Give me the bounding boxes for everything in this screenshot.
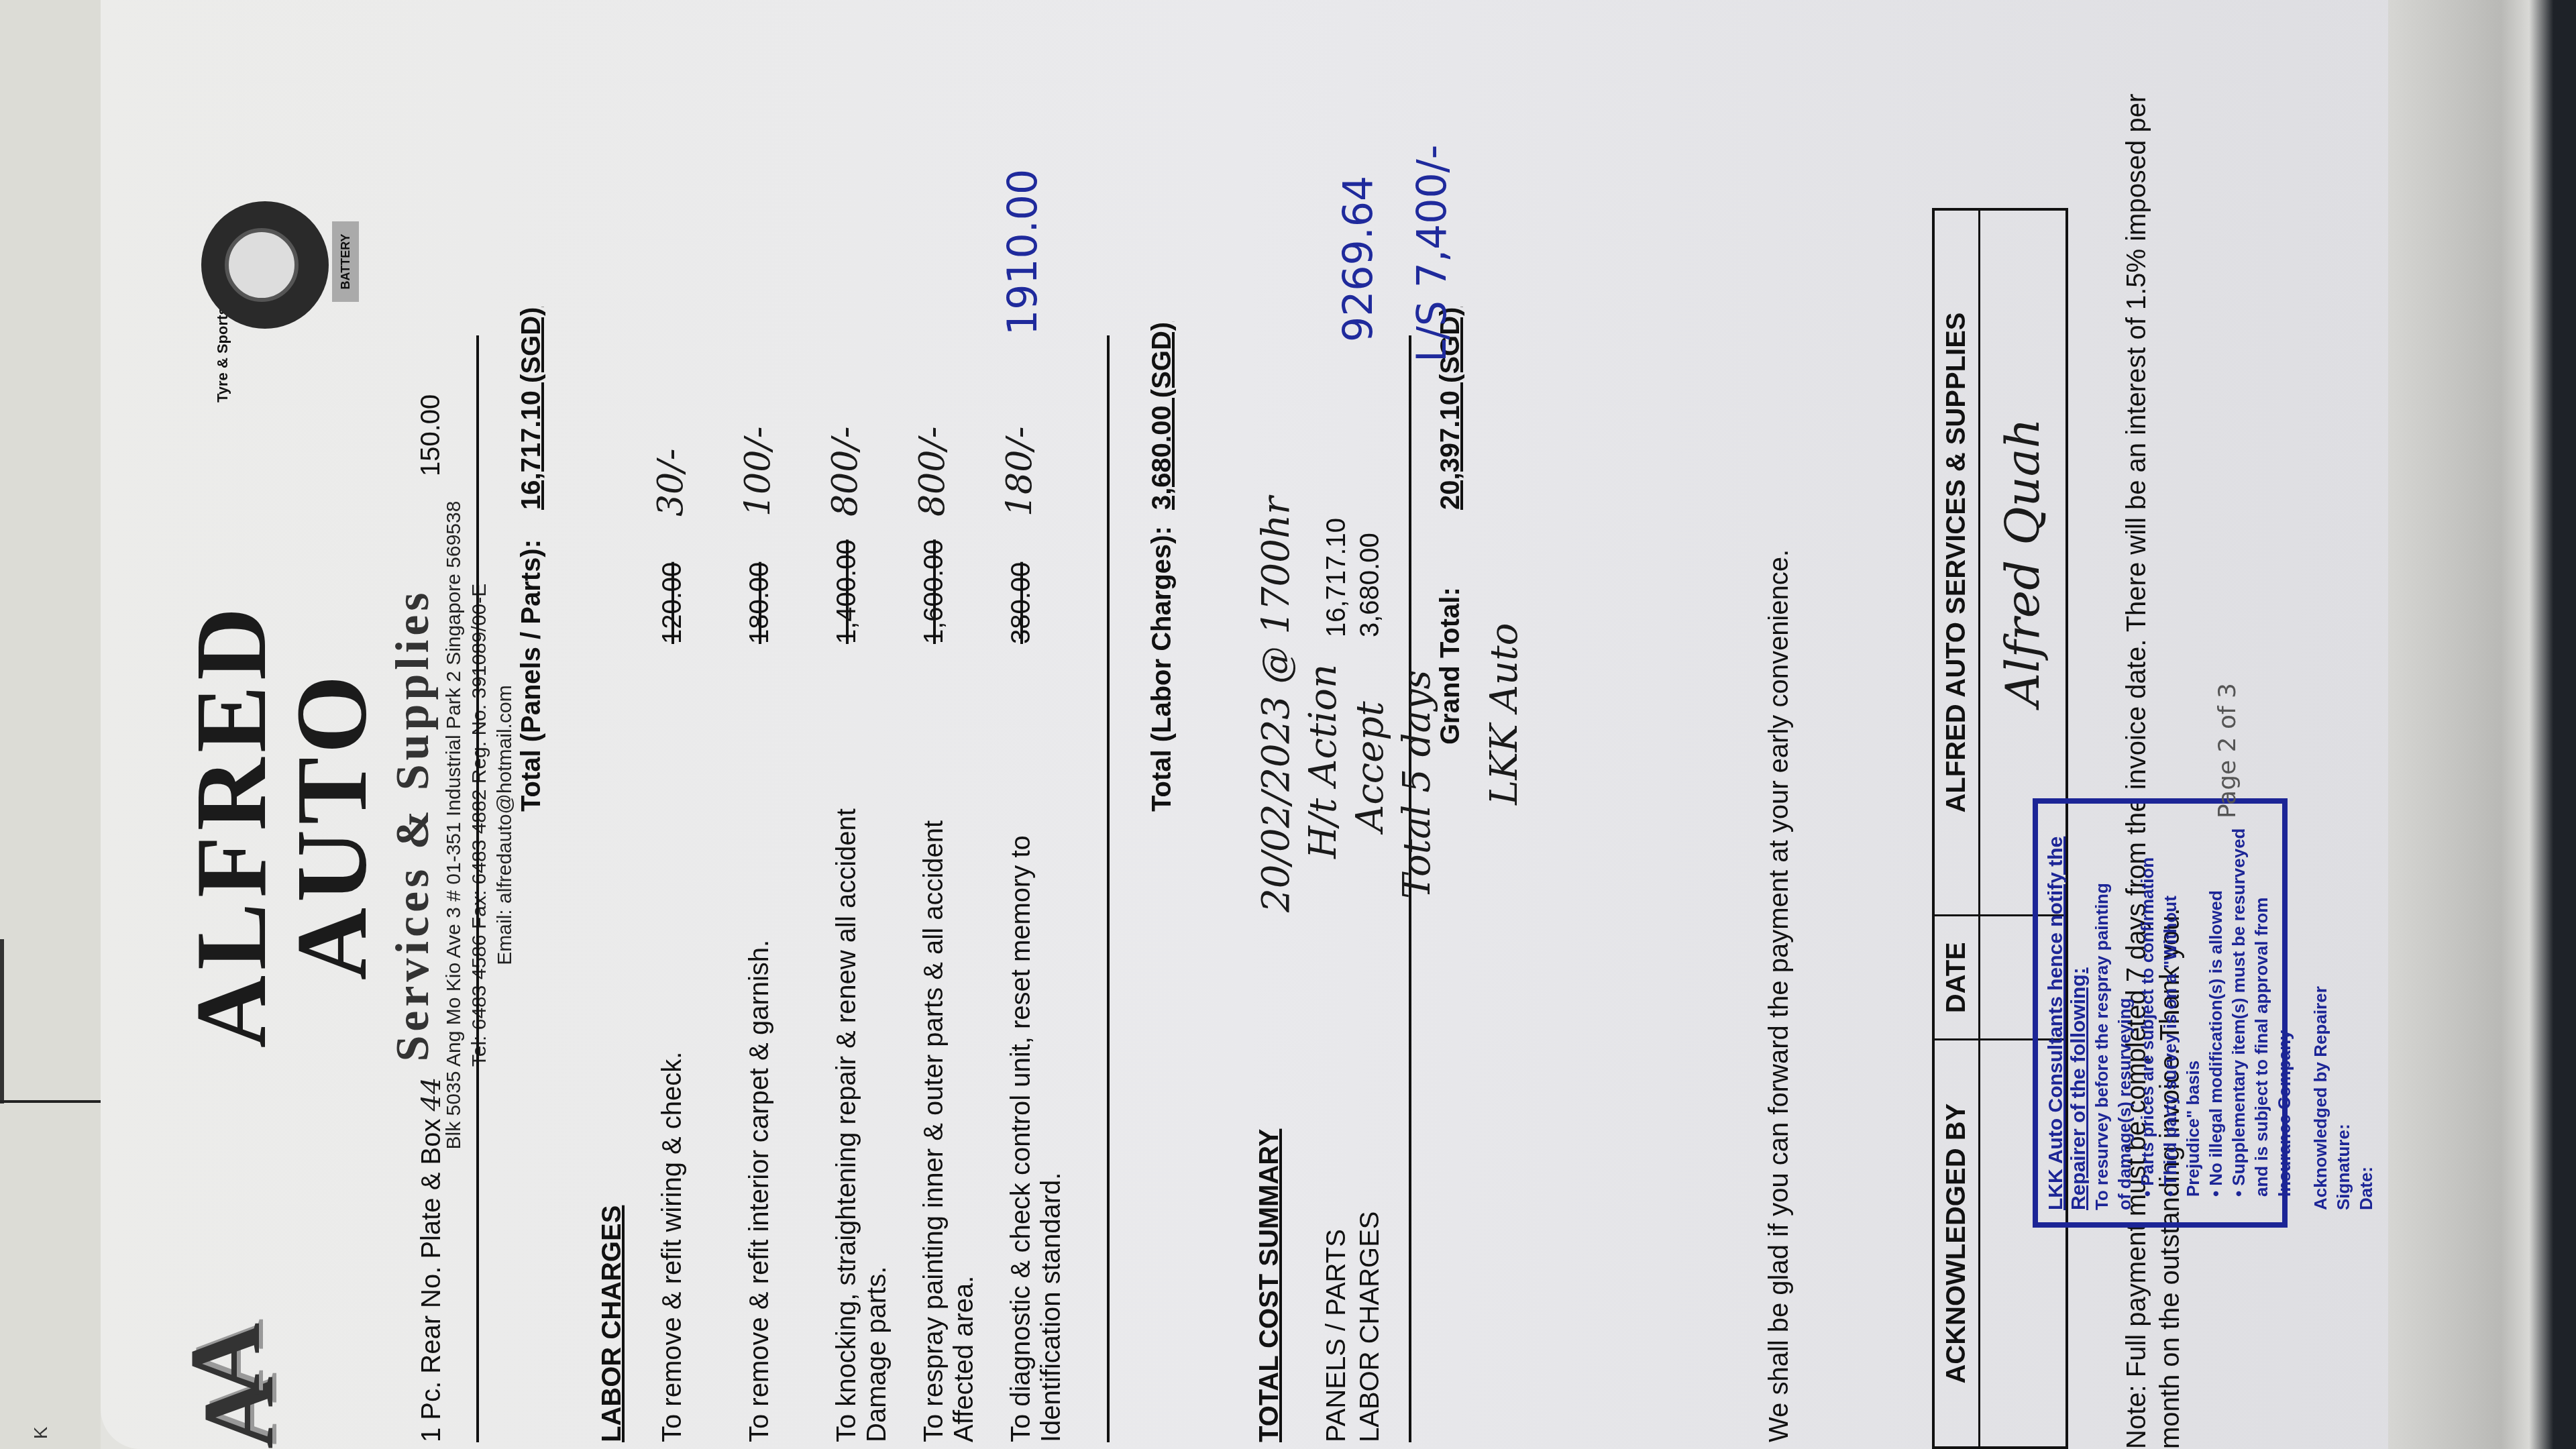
labor-item-handwritten: 30/- [651,449,691,517]
labor-total-value: 3,680.00 (SGD) [1147,322,1177,510]
grand-total-label: Grand Total: [1436,587,1466,745]
labor-item-amount: 380.00 [1006,562,1036,644]
stamp-line: • Supplementary item(s) must be resurvey… [2227,816,2296,1210]
handwritten-labor-total: 1910.00 [1000,169,1046,335]
stamp-line: To resurvey before the respray painting [2090,816,2113,1210]
labor-item-handwritten: 100/- [738,427,778,517]
binder-edge [2388,0,2576,1449]
company-logo: A A [181,1288,288,1449]
labor-item: To knocking, straightening repair & rene… [832,771,892,1442]
handwritten-note: H/t Action [1301,664,1345,859]
desk-surface [0,0,101,1449]
stamp-line: • Parts prices are subject to confirmati… [2136,816,2159,1210]
desk-edge [0,1100,107,1103]
labor-item-amount: 1,600.00 [919,539,949,644]
tyre-icon: Tyre & Sports Rim BATTERY [188,201,362,402]
handwritten-amount: L/S 7,400/- [1409,145,1456,362]
parts-item-amount: 150.00 [416,394,446,476]
summary-labor-label: LABOR CHARGES [1355,1211,1385,1442]
invoice-document: A A ALFRED AUTO Services & Supplies Blk … [101,0,2314,1449]
stamp-line: of damage(s) resurveying [2113,816,2136,1210]
company-header: ALFRED AUTO Services & Supplies Blk 5035… [181,456,517,1194]
handwritten-note: Total 5 days [1395,670,1439,899]
labor-item: To remove & refit interior carpet & garn… [745,771,775,1442]
summary-parts-value: 16,717.10 [1322,518,1352,637]
labor-item-handwritten: 800/- [912,427,953,517]
parts-total-value: 16,717.10 (SGD) [517,307,547,510]
labor-item: To remove & refit wiring & check. [657,771,688,1442]
summary-parts-label: PANELS / PARTS [1322,1229,1352,1442]
closing-text: We shall be glad if you can forward the … [1764,549,1794,1442]
handwritten-amount: 9269.64 [1335,176,1382,342]
labor-item-amount: 120.00 [657,562,688,644]
labor-total-label: Total (Labor Charges): [1147,526,1177,812]
labor-item-amount: 1,400.00 [832,539,862,644]
divider [476,335,479,1442]
labor-item-amount: 180.00 [745,562,775,644]
company-email: Email: alfredauto@hotmail.com [494,456,517,1194]
corner-mark: K [30,1427,52,1440]
labor-item: To respray painting inner & outer parts … [919,771,979,1442]
summary-labor-value: 3,680.00 [1355,533,1385,637]
handwritten-note: Accept [1348,701,1392,832]
page-number: Page 2 of 3 [2214,683,2241,818]
company-contact: Tel: 6483 4586 Fax: 6483 4882 Reg. No. 3… [468,456,491,1194]
summary-heading: TOTAL COST SUMMARY [1254,1129,1285,1442]
labor-heading: LABOR CHARGES [597,1205,627,1442]
labor-item-handwritten: 180/- [1000,427,1040,517]
parts-total-label: Total (Panels / Parts): [517,539,547,812]
labor-item-handwritten: 800/- [825,427,865,517]
handwritten-note: 20/02/2023 @ 1700hr [1254,496,1298,912]
payment-note: Note: Full payment must be completed 7 d… [2120,27,2187,1449]
company-name: ALFRED AUTO [181,456,382,1194]
desk-edge [0,939,4,1104]
stamp-line: • No illegal modification(s) is allowed [2204,816,2227,1210]
battery-icon: BATTERY [332,221,359,302]
divider [1107,335,1110,1442]
handwritten-note: LKK Auto [1483,623,1526,805]
stamp-line: • Third party survey is on a "Without Pr… [2159,816,2204,1210]
labor-item: To diagnostic & check control unit, rese… [1006,771,1067,1442]
lkk-stamp: LKK Auto Consultants hence notify the Re… [2033,798,2288,1228]
parts-item: 1 Pc. Rear No. Plate & Box 44 [416,1077,447,1442]
